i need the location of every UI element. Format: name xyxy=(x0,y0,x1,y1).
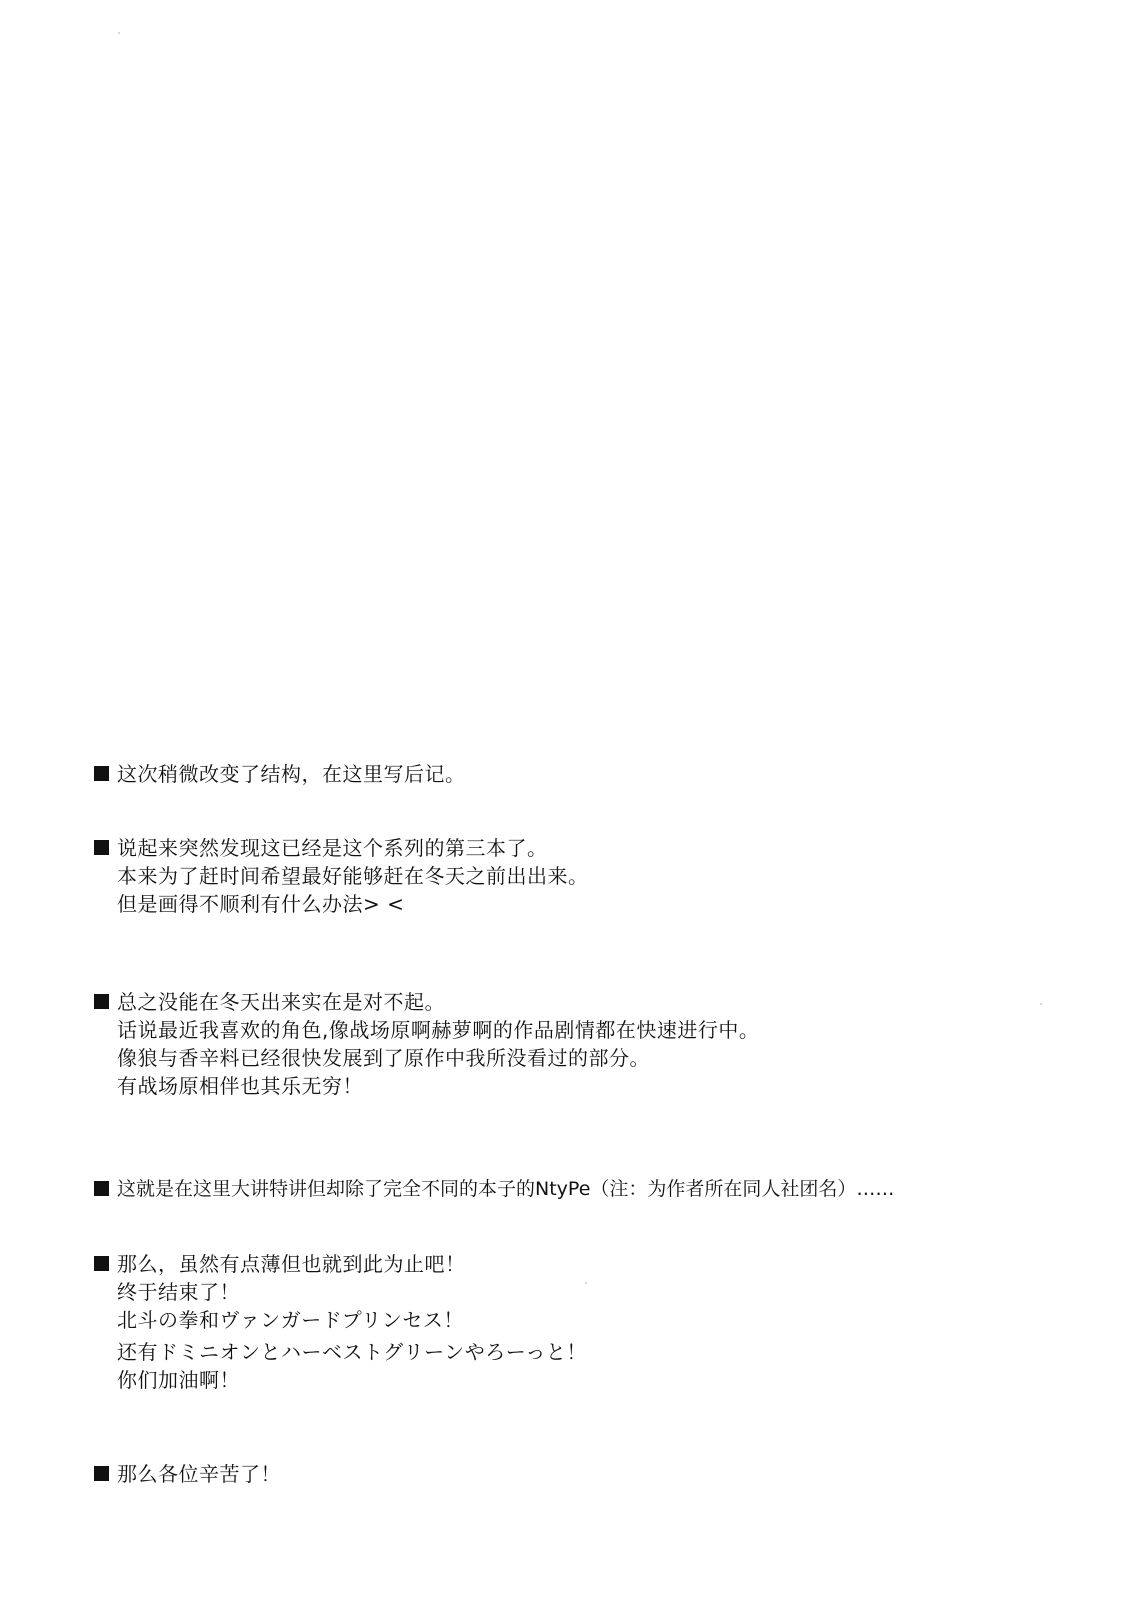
line-text: 话说最近我喜欢的角色,像战场原啊赫萝啊的作品剧情都在快速进行中。 xyxy=(117,1018,759,1042)
square-bullet-icon xyxy=(94,1256,109,1271)
line-text: 说起来突然发现这已经是这个系列的第三本了。 xyxy=(117,836,548,860)
section-line: 这就是在这里大讲特讲但却除了完全不同的本子的NtyPe（注：为作者所在同人社团名… xyxy=(92,1175,894,1203)
line-text: 那么，虽然有点薄但也就到此为止吧！ xyxy=(117,1252,466,1276)
square-bullet-icon xyxy=(94,766,109,781)
section-line: 终于结束了！ xyxy=(92,1278,587,1306)
afterword-section-4: 这就是在这里大讲特讲但却除了完全不同的本子的NtyPe（注：为作者所在同人社团名… xyxy=(92,1175,894,1203)
afterword-section-3: 总之没能在冬天出来实在是对不起。 话说最近我喜欢的角色,像战场原啊赫萝啊的作品剧… xyxy=(92,988,759,1100)
line-text: 这次稍微改变了结构，在这里写后记。 xyxy=(117,762,466,786)
section-line: 本来为了赶时间希望最好能够赶在冬天之前出出来。 xyxy=(92,862,589,890)
line-text: 本来为了赶时间希望最好能够赶在冬天之前出出来。 xyxy=(117,864,589,888)
scan-speck xyxy=(118,32,120,34)
square-bullet-icon xyxy=(94,1181,109,1196)
section-line: 那么各位辛苦了！ xyxy=(92,1460,281,1488)
section-line: 北斗の拳和ヴァンガードプリンセス！ xyxy=(92,1306,587,1334)
afterword-section-2: 说起来突然发现这已经是这个系列的第三本了。 本来为了赶时间希望最好能够赶在冬天之… xyxy=(92,834,589,918)
line-text: 还有ドミニオンとハーベストグリーンやろーっと！ xyxy=(117,1340,587,1364)
scan-speck xyxy=(1040,1003,1042,1005)
line-text: 但是画得不顺利有什么办法> < xyxy=(117,892,404,916)
afterword-section-1: 这次稍微改变了结构，在这里写后记。 xyxy=(92,760,466,788)
line-text: 有战场原相伴也其乐无穷！ xyxy=(117,1074,363,1098)
section-line: 你们加油啊！ xyxy=(92,1366,587,1394)
square-bullet-icon xyxy=(94,994,109,1009)
afterword-section-6: 那么各位辛苦了！ xyxy=(92,1460,281,1488)
line-text: 像狼与香辛料已经很快发展到了原作中我所没看过的部分。 xyxy=(117,1046,650,1070)
section-line: 这次稍微改变了结构，在这里写后记。 xyxy=(92,760,466,788)
square-bullet-icon xyxy=(94,840,109,855)
line-text: 总之没能在冬天出来实在是对不起。 xyxy=(117,990,445,1014)
line-text: 那么各位辛苦了！ xyxy=(117,1462,281,1486)
section-line: 还有ドミニオンとハーベストグリーンやろーっと！ xyxy=(92,1338,587,1366)
line-text: 你们加油啊！ xyxy=(117,1368,240,1392)
line-text: 这就是在这里大讲特讲但却除了完全不同的本子的NtyPe（注：为作者所在同人社团名… xyxy=(117,1178,894,1200)
section-line: 但是画得不顺利有什么办法> < xyxy=(92,890,589,918)
afterword-section-5: 那么，虽然有点薄但也就到此为止吧！ 终于结束了！ 北斗の拳和ヴァンガードプリンセ… xyxy=(92,1250,587,1394)
afterword-page: 这次稍微改变了结构，在这里写后记。 说起来突然发现这已经是这个系列的第三本了。 … xyxy=(0,0,1122,1600)
line-text: 终于结束了！ xyxy=(117,1280,240,1304)
line-text: 北斗の拳和ヴァンガードプリンセス！ xyxy=(117,1308,464,1332)
section-line: 说起来突然发现这已经是这个系列的第三本了。 xyxy=(92,834,589,862)
section-line: 话说最近我喜欢的角色,像战场原啊赫萝啊的作品剧情都在快速进行中。 xyxy=(92,1016,759,1044)
section-line: 像狼与香辛料已经很快发展到了原作中我所没看过的部分。 xyxy=(92,1044,759,1072)
section-line: 有战场原相伴也其乐无穷！ xyxy=(92,1072,759,1100)
section-line: 总之没能在冬天出来实在是对不起。 xyxy=(92,988,759,1016)
section-line: 那么，虽然有点薄但也就到此为止吧！ xyxy=(92,1250,587,1278)
square-bullet-icon xyxy=(94,1466,109,1481)
scan-speck xyxy=(585,1282,587,1284)
